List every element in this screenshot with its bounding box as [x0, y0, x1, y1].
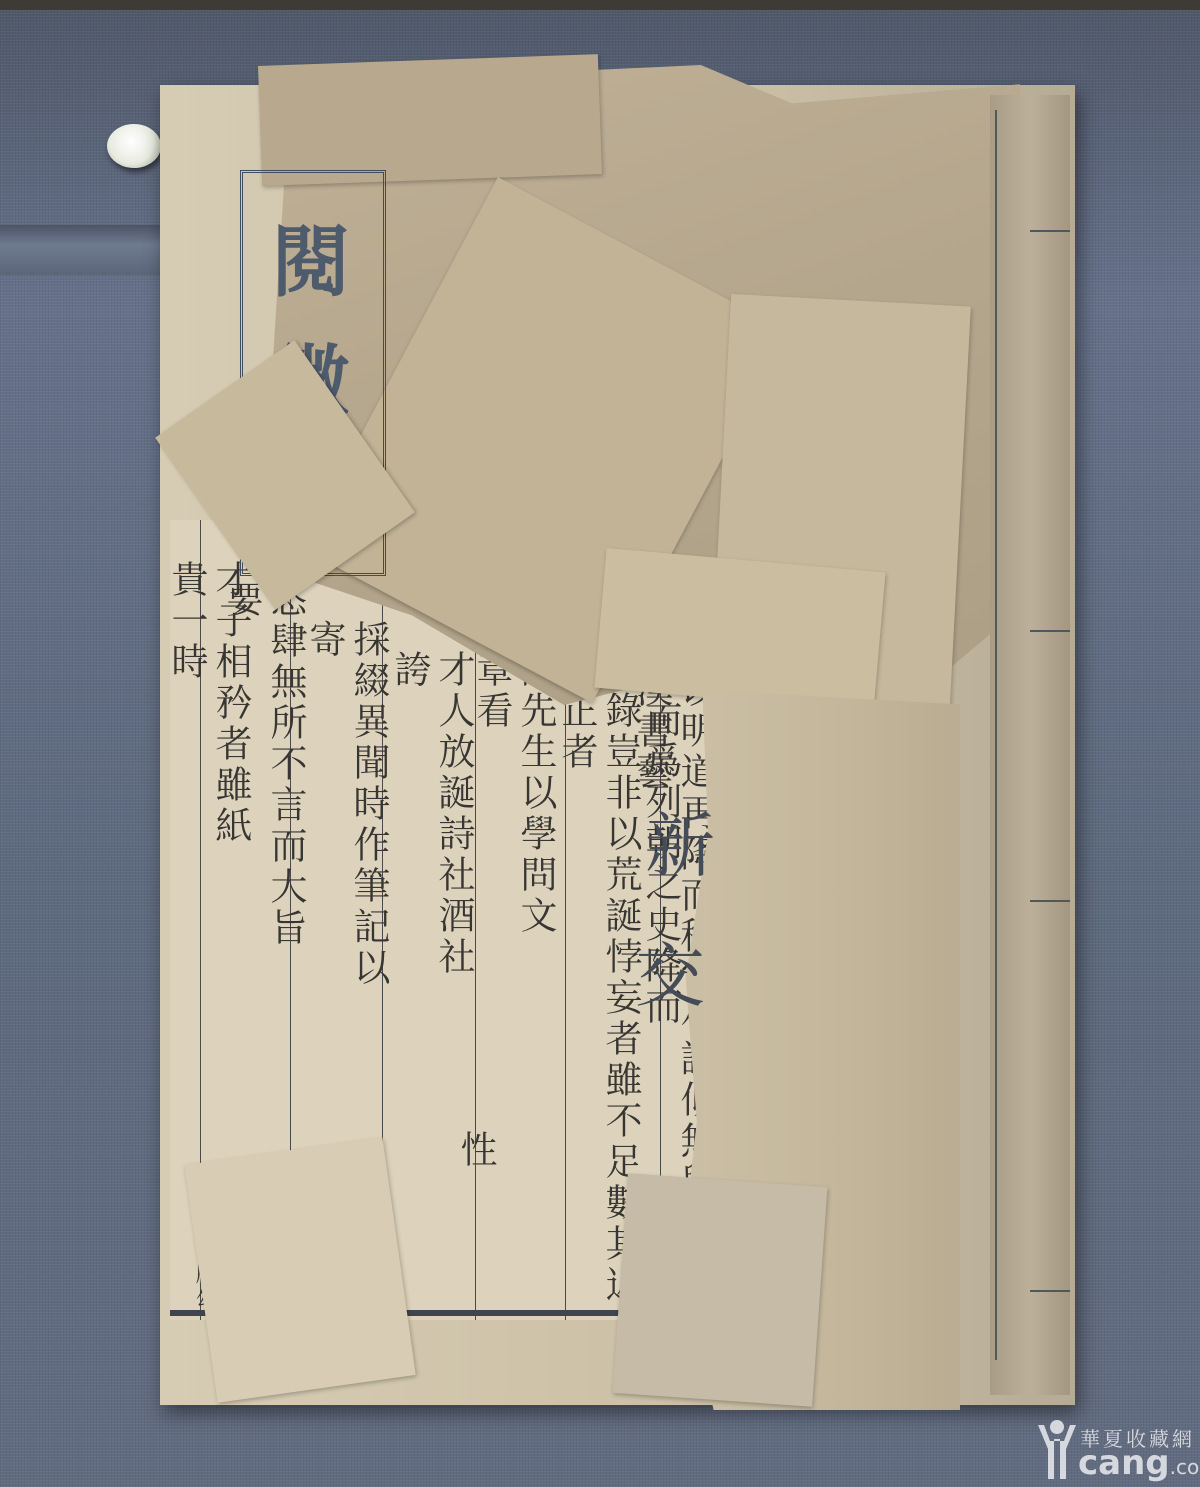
binding-thread	[1030, 230, 1070, 232]
binding-thread	[995, 110, 997, 1360]
watermark-domain: .com	[1170, 1455, 1200, 1479]
bottom-flap	[184, 1137, 415, 1402]
cover-flap	[258, 54, 602, 186]
binding-thread	[1030, 630, 1070, 632]
cang-logo-icon	[1038, 1419, 1076, 1481]
magnet-pin	[107, 124, 161, 168]
text-column-3: 採綴異聞時作筆記以寄	[348, 620, 390, 1020]
binding-thread	[1030, 1290, 1070, 1292]
overlay-glyph-1: 新	[645, 790, 715, 891]
shelf-edge	[0, 0, 1200, 10]
bottom-flap	[613, 1173, 828, 1406]
overlay-glyph-2: 交	[635, 920, 705, 1021]
title-char-1: 閱	[272, 200, 350, 312]
binding-thread	[1030, 900, 1070, 902]
book-spine	[990, 95, 1070, 1395]
text-column-5: 間先生以學問文章看	[515, 650, 557, 970]
watermark-brand: cang	[1078, 1443, 1170, 1483]
torn-flap	[594, 548, 885, 712]
text-column-9: 性	[455, 1130, 497, 1190]
text-column-2: 恣肆無所不言而大旨要	[265, 580, 307, 960]
watermark-en: cang.com	[1078, 1443, 1200, 1483]
